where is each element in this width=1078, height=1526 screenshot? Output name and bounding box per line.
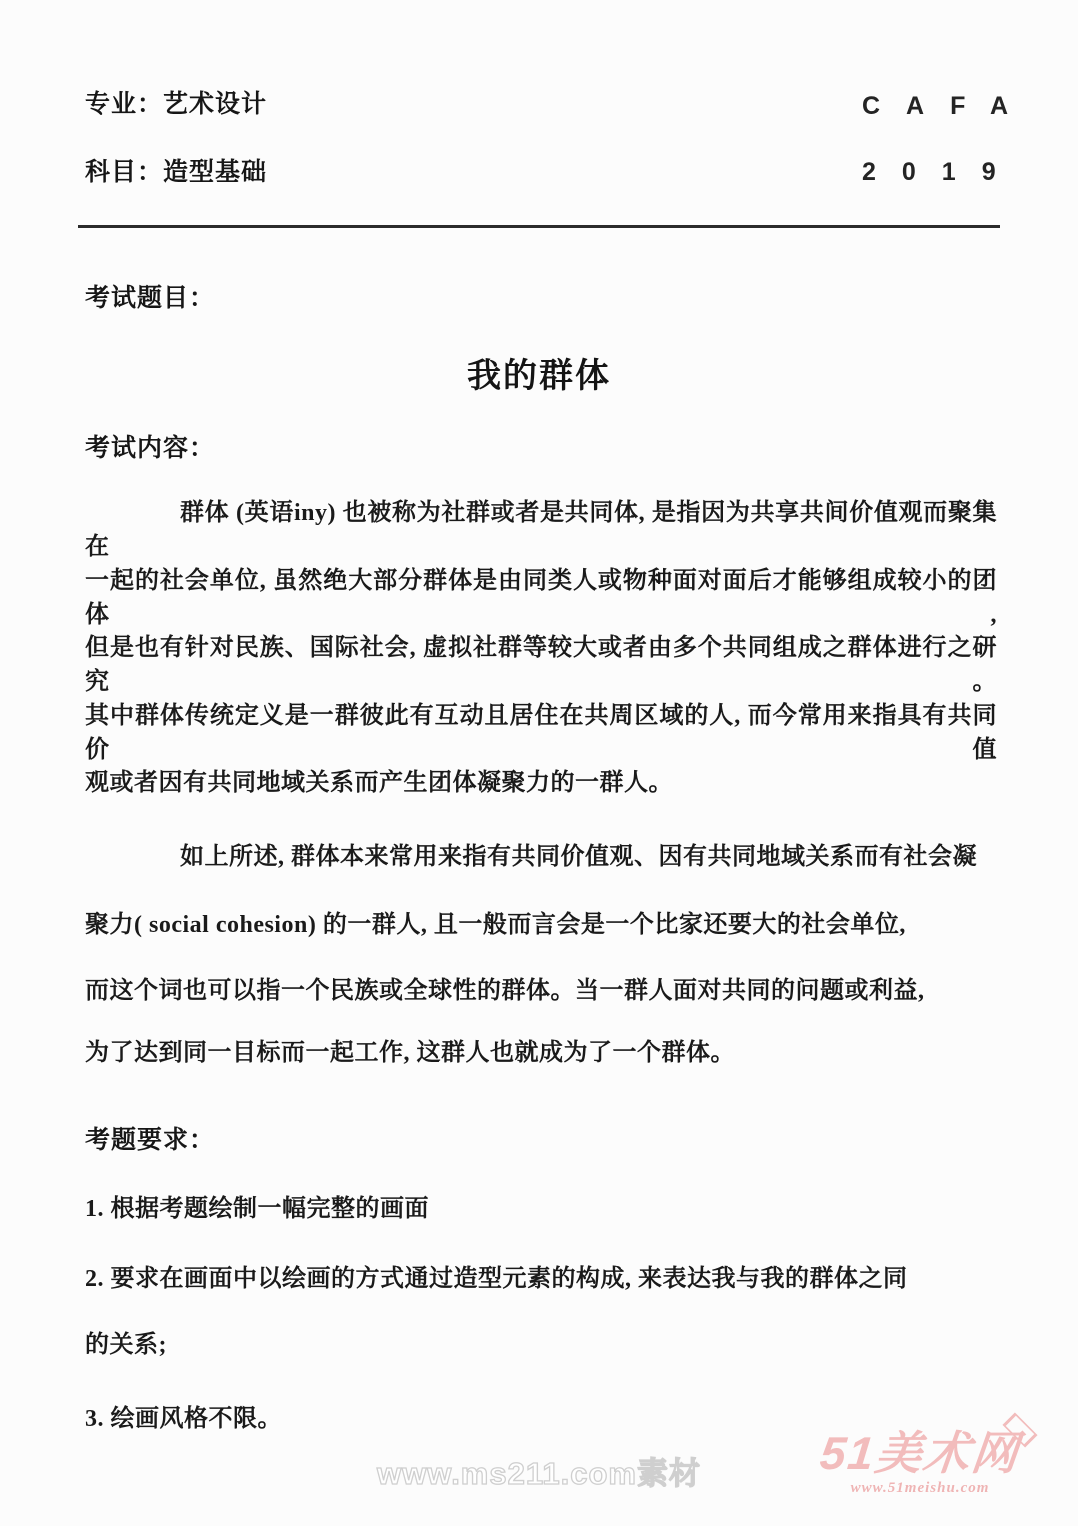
header-org-label: CAFA	[862, 92, 1034, 121]
exam-title: 我的群体	[0, 348, 1078, 397]
body-line: 但是也有针对民族、国际社会, 虚拟社群等较大或者由多个共同组成之群体进行之研究。	[85, 631, 997, 699]
header-year-label: 2019	[862, 158, 1022, 187]
watermark-51meishu: 51美术网 www.51meishu.com	[810, 1428, 1030, 1497]
exam-content-label: 考试内容：	[85, 428, 215, 464]
header-divider	[78, 225, 1000, 228]
requirement-line: 1. 根据考题绘制一幅完整的画面	[85, 1192, 997, 1226]
body-line: 其中群体传统定义是一群彼此有互动且居住在共周区域的人, 而今常用来指具有共同价值	[85, 699, 997, 767]
body-line: 而这个词也可以指一个民族或全球性的群体。当一群人面对共同的问题或利益,	[85, 974, 997, 1008]
body-line: 为了达到同一目标而一起工作, 这群人也就成为了一个群体。	[85, 1036, 997, 1070]
exam-title-label: 考试题目：	[85, 278, 215, 314]
watermark-51meishu-url: www.51meishu.com	[810, 1480, 1030, 1497]
requirement-line: 2. 要求在画面中以绘画的方式通过造型元素的构成, 来表达我与我的群体之同	[85, 1262, 997, 1296]
header-subject-line: 科目：造型基础	[85, 152, 267, 188]
header-major-line: 专业：艺术设计	[85, 84, 267, 120]
body-line: 一起的社会单位, 虽然绝大部分群体是由同类人或物种面对面后才能够组成较小的团体,	[85, 564, 997, 632]
requirement-line: 的关系;	[85, 1328, 997, 1362]
body-line: 如上所述, 群体本来常用来指有共同价值观、因有共同地域关系而有社会凝	[85, 840, 997, 874]
watermark-51meishu-logo: 51美术网	[807, 1428, 1032, 1478]
graduation-cap-icon	[1002, 1414, 1036, 1434]
body-line: 聚力( social cohesion) 的一群人, 且一般而言会是一个比家还要…	[85, 908, 997, 942]
body-line: 观或者因有共同地域关系而产生团体凝聚力的一群人。	[85, 766, 997, 800]
exam-paper-page: 专业：艺术设计 科目：造型基础 CAFA 2019 考试题目： 我的群体 考试内…	[0, 0, 1078, 1526]
requirements-label: 考题要求：	[85, 1120, 215, 1156]
body-line: 群体 (英语iny) 也被称为社群或者是共同体, 是指因为共享共间价值观而聚集在	[85, 496, 997, 564]
